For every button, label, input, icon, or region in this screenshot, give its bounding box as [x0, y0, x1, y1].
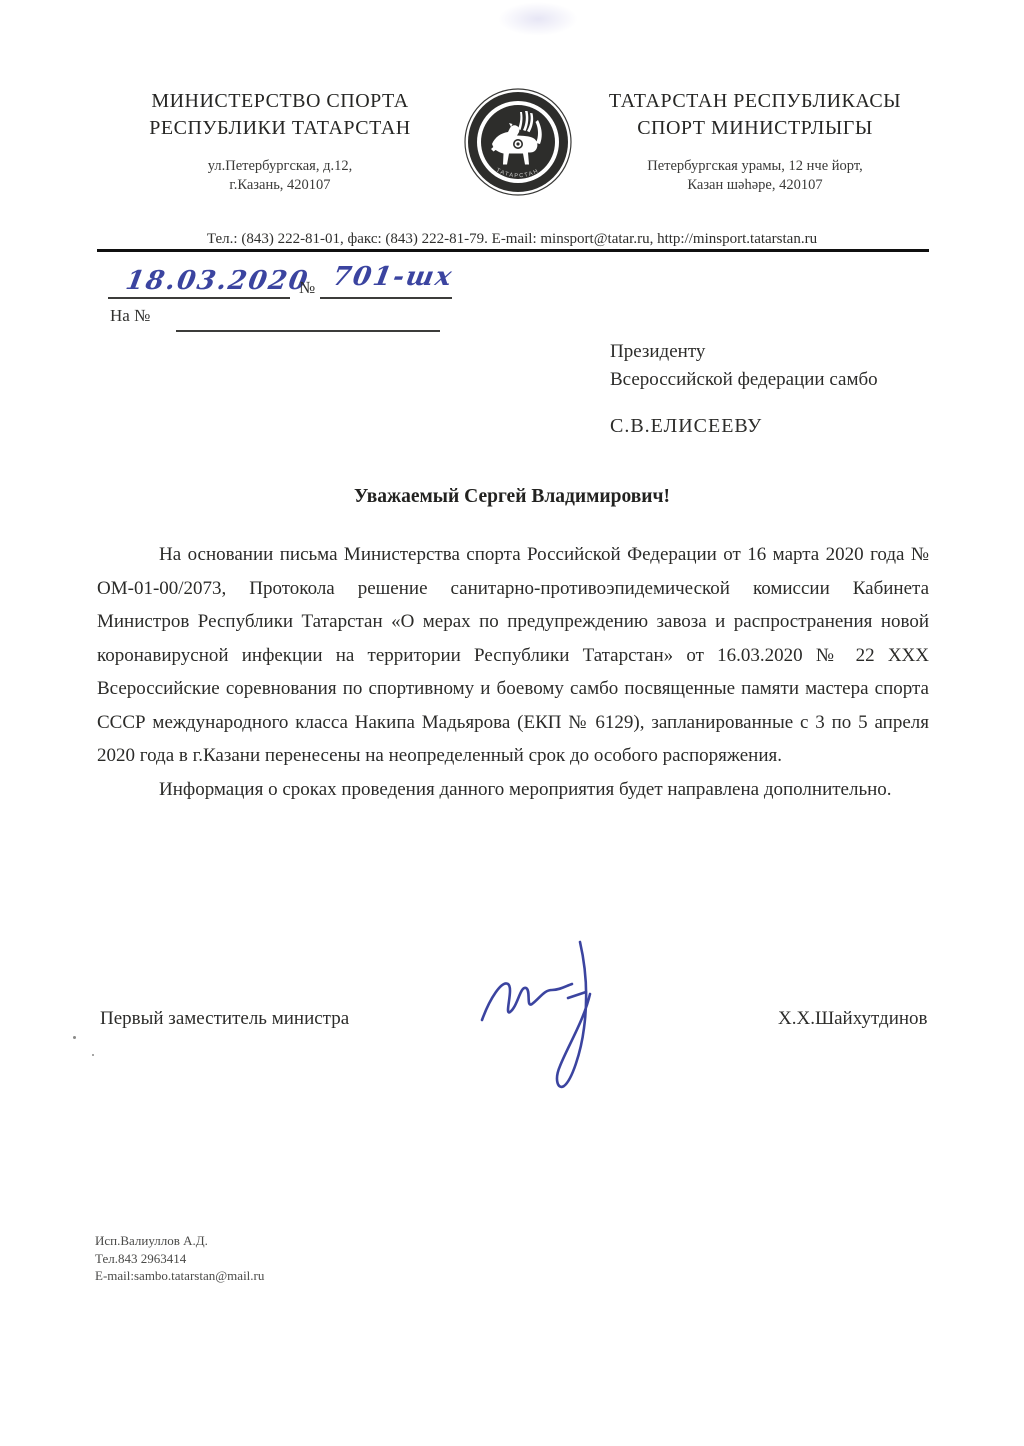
recipient-line1: Президенту	[610, 338, 878, 366]
signer-name: Х.Х.Шайхутдинов	[778, 1008, 928, 1030]
recipient-block: Президенту Всероссийской федерации самбо	[610, 338, 878, 394]
address-ru-line1: ул.Петербургская, д.12,	[100, 157, 460, 176]
reply-to-underline	[176, 330, 440, 332]
letterhead-russian: МИНИСТЕРСТВО СПОРТА РЕСПУБЛИКИ ТАТАРСТАН…	[100, 88, 460, 195]
handwritten-number: 701-шх	[330, 262, 455, 292]
signer-position: Первый заместитель министра	[100, 1008, 349, 1030]
handwritten-date: 18.03.2020	[123, 266, 311, 296]
number-underline	[320, 297, 452, 299]
scan-speck	[73, 1036, 76, 1039]
ministry-title-ru-line2: РЕСПУБЛИКИ ТАТАРСТАН	[100, 115, 460, 142]
header-rule	[97, 249, 929, 252]
reply-to-label: На №	[110, 306, 150, 326]
address-tt-line1: Петербургская урамы, 12 нче йорт,	[570, 157, 940, 176]
body-paragraph-2: Информация о сроках проведения данного м…	[97, 773, 929, 807]
executor-phone: Тел.843 2963414	[95, 1250, 264, 1268]
executor-block: Исп.Валиуллов А.Д. Тел.843 2963414 E-mai…	[95, 1232, 264, 1285]
scanned-letter-page: МИНИСТЕРСТВО СПОРТА РЕСПУБЛИКИ ТАТАРСТАН…	[0, 0, 1024, 1446]
address-tt-line2: Казан шәһәре, 420107	[570, 176, 940, 195]
number-sign: №	[299, 278, 315, 298]
body-paragraph-1: На основании письма Министерства спорта …	[97, 538, 929, 773]
executor-email: E-mail:sambo.tatarstan@mail.ru	[95, 1267, 264, 1285]
handwritten-signature	[468, 928, 628, 1098]
scan-speck	[92, 1054, 94, 1056]
salutation: Уважаемый Сергей Владимирович!	[0, 486, 1024, 508]
executor-name: Исп.Валиуллов А.Д.	[95, 1232, 264, 1250]
address-ru-line2: г.Казань, 420107	[100, 176, 460, 195]
letterhead-tatar: ТАТАРСТАН РЕСПУБЛИКАСЫ СПОРТ МИНИСТРЛЫГЫ…	[570, 88, 940, 195]
recipient-name: С.В.ЕЛИСЕЕВУ	[610, 415, 762, 438]
recipient-line2: Всероссийской федерации самбо	[610, 366, 878, 394]
ministry-title-tt-line1: ТАТАРСТАН РЕСПУБЛИКАСЫ	[570, 88, 940, 115]
scan-smudge	[498, 2, 578, 36]
tatarstan-coat-of-arms-icon: ТАТАРСТАН	[462, 86, 574, 198]
date-underline	[108, 297, 290, 299]
ministry-title-ru-line1: МИНИСТЕРСТВО СПОРТА	[100, 88, 460, 115]
letter-body: На основании письма Министерства спорта …	[97, 538, 929, 806]
ministry-title-tt-line2: СПОРТ МИНИСТРЛЫГЫ	[570, 115, 940, 142]
contact-line: Тел.: (843) 222-81-01, факс: (843) 222-8…	[0, 231, 1024, 248]
